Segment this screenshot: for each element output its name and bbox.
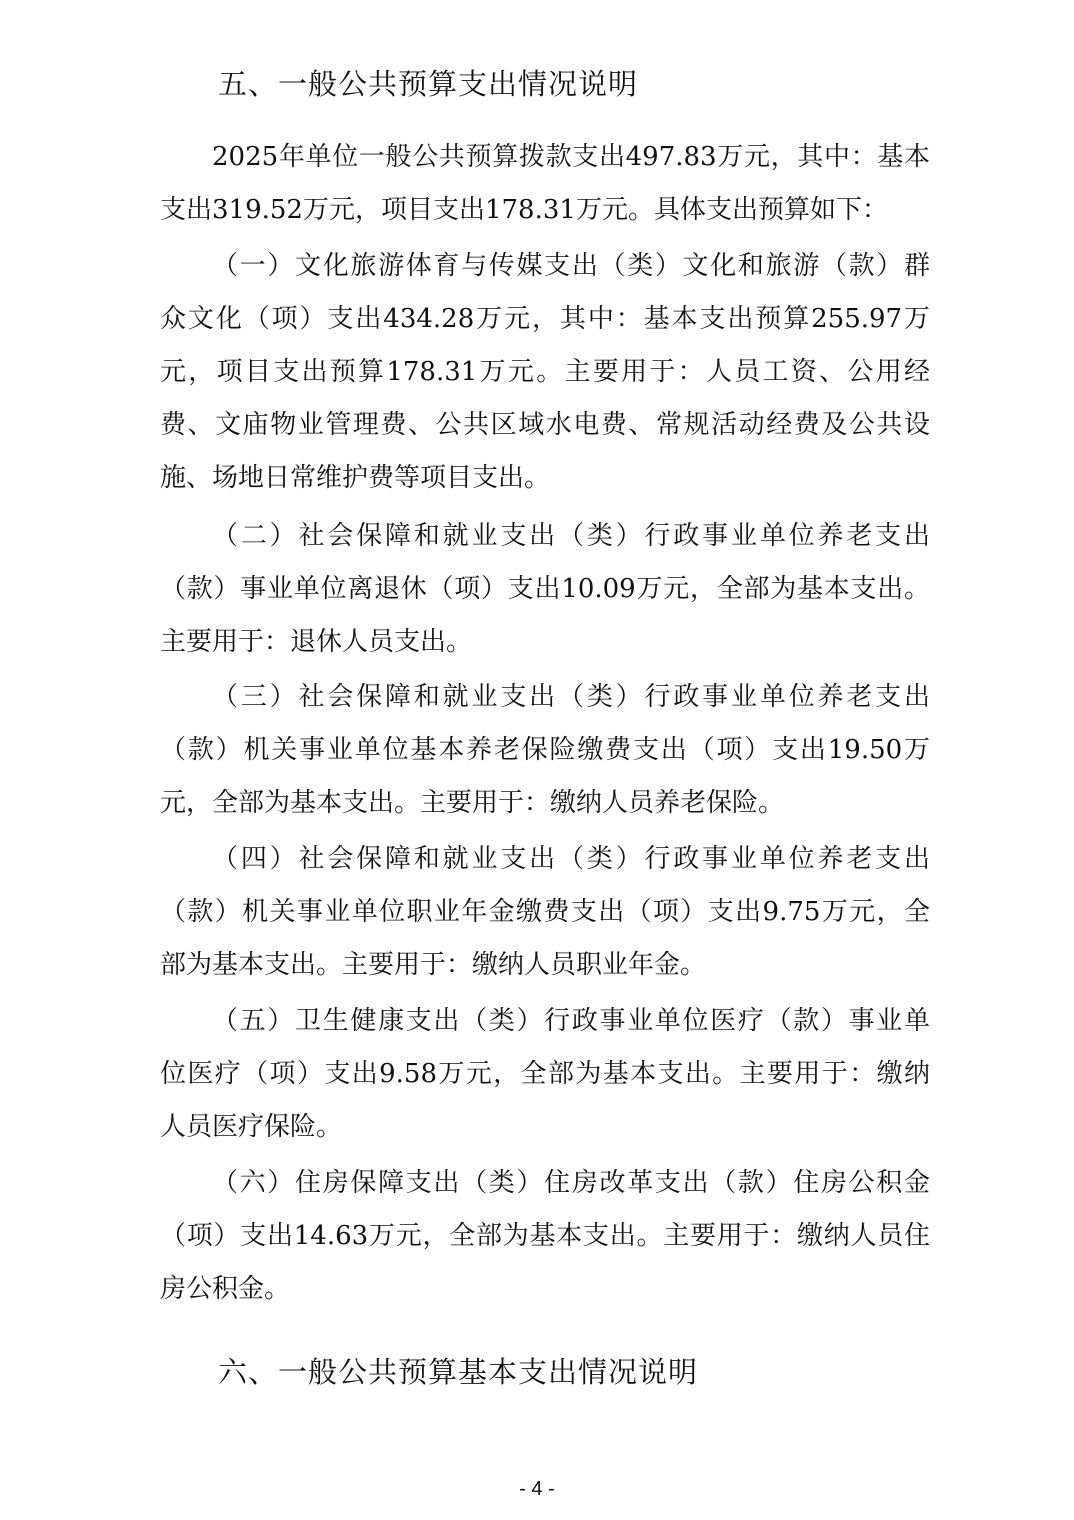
paragraph-line: （五）卫生健康支出（类）行政事业单位医疗（款）事业单 <box>160 995 930 1048</box>
paragraph-line: （款）机关事业单位职业年金缴费支出（项）支出9.75万元，全 <box>160 886 930 939</box>
paragraph-line: （项）支出14.63万元，全部为基本支出。主要用于：缴纳人员住 <box>160 1210 930 1263</box>
paragraph-line: 费、文庙物业管理费、公共区域水电费、常规活动经费及公共设 <box>160 399 930 452</box>
paragraph-line: （三）社会保障和就业支出（类）行政事业单位养老支出 <box>160 671 930 724</box>
paragraph-line: 部为基本支出。主要用于：缴纳人员职业年金。 <box>160 939 930 992</box>
intro-paragraph: 2025年单位一般公共预算拨款支出497.83万元，其中：基本 支出319.52… <box>160 131 930 237</box>
paragraph-line: （一）文化旅游体育与传媒支出（类）文化和旅游（款）群 <box>160 240 930 293</box>
paragraph-line: 支出319.52万元，项目支出178.31万元。具体支出预算如下： <box>160 184 930 237</box>
item-paragraph-5: （五）卫生健康支出（类）行政事业单位医疗（款）事业单 位医疗（项）支出9.58万… <box>160 995 930 1154</box>
paragraph-line: 主要用于：退休人员支出。 <box>160 616 930 669</box>
paragraph-line: 人员医疗保险。 <box>160 1101 930 1154</box>
section-heading-6: 六、一般公共预算基本支出情况说明 <box>218 1350 698 1391</box>
paragraph-line: 房公积金。 <box>160 1263 930 1316</box>
item-paragraph-1: （一）文化旅游体育与传媒支出（类）文化和旅游（款）群 众文化（项）支出434.2… <box>160 240 930 505</box>
paragraph-line: （四）社会保障和就业支出（类）行政事业单位养老支出 <box>160 833 930 886</box>
section-heading-5: 五、一般公共预算支出情况说明 <box>218 62 638 103</box>
paragraph-line: （六）住房保障支出（类）住房改革支出（款）住房公积金 <box>160 1157 930 1210</box>
paragraph-line: 元，全部为基本支出。主要用于：缴纳人员养老保险。 <box>160 777 930 830</box>
paragraph-line: 施、场地日常维护费等项目支出。 <box>160 452 930 505</box>
paragraph-line: 2025年单位一般公共预算拨款支出497.83万元，其中：基本 <box>160 131 930 184</box>
paragraph-line: （款）机关事业单位基本养老保险缴费支出（项）支出19.50万 <box>160 724 930 777</box>
paragraph-line: 众文化（项）支出434.28万元，其中：基本支出预算255.97万 <box>160 293 930 346</box>
paragraph-line: （二）社会保障和就业支出（类）行政事业单位养老支出 <box>160 510 930 563</box>
item-paragraph-6: （六）住房保障支出（类）住房改革支出（款）住房公积金 （项）支出14.63万元，… <box>160 1157 930 1316</box>
item-paragraph-2: （二）社会保障和就业支出（类）行政事业单位养老支出 （款）事业单位离退休（项）支… <box>160 510 930 669</box>
paragraph-line: （款）事业单位离退休（项）支出10.09万元，全部为基本支出。 <box>160 563 930 616</box>
page-number: - 4 - <box>0 1478 1074 1501</box>
paragraph-line: 位医疗（项）支出9.58万元，全部为基本支出。主要用于：缴纳 <box>160 1048 930 1101</box>
paragraph-line: 元，项目支出预算178.31万元。主要用于：人员工资、公用经 <box>160 346 930 399</box>
item-paragraph-3: （三）社会保障和就业支出（类）行政事业单位养老支出 （款）机关事业单位基本养老保… <box>160 671 930 830</box>
item-paragraph-4: （四）社会保障和就业支出（类）行政事业单位养老支出 （款）机关事业单位职业年金缴… <box>160 833 930 992</box>
